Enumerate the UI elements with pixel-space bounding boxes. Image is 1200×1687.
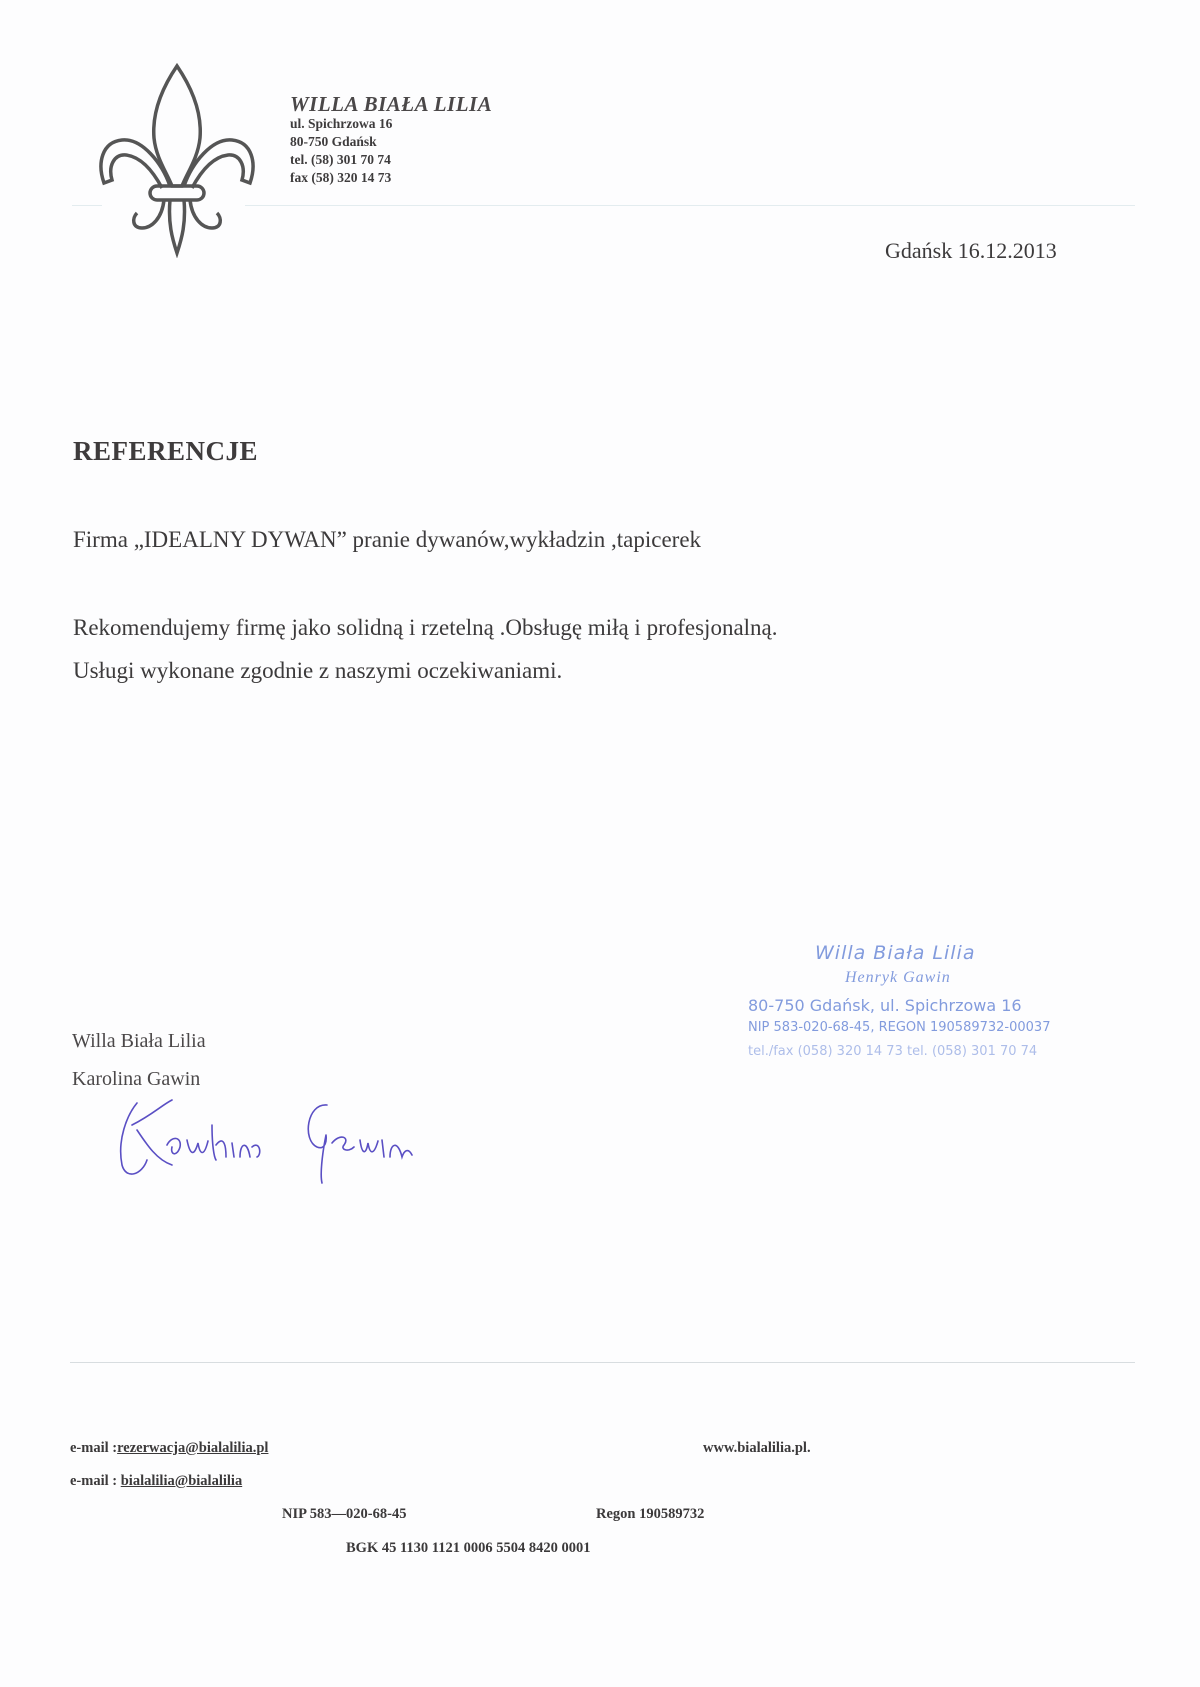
address-tel: tel. (58) 301 70 74 bbox=[290, 152, 391, 168]
email-2-link[interactable]: bialalilia@bialalilia bbox=[121, 1473, 242, 1489]
email-1-link[interactable]: rezerwacja@bialalilia.pl bbox=[117, 1440, 268, 1456]
header-divider bbox=[245, 205, 1135, 206]
document-title: REFERENCJE bbox=[73, 436, 258, 467]
fleur-de-lis-icon bbox=[92, 58, 262, 258]
footer-divider bbox=[70, 1362, 1135, 1363]
stamp-title: Willa Biała Lilia bbox=[815, 942, 975, 964]
body-line-2: Usługi wykonane zgodnie z naszymi oczeki… bbox=[73, 658, 562, 684]
stamp-tel: tel./fax (058) 320 14 73 tel. (058) 301 … bbox=[748, 1044, 1037, 1059]
email-2-label: e-mail : bbox=[70, 1473, 121, 1489]
footer-regon: Regon 190589732 bbox=[596, 1506, 704, 1523]
address-street: ul. Spichrzowa 16 bbox=[290, 116, 392, 132]
email-1-label: e-mail : bbox=[70, 1440, 117, 1456]
footer-bank-account: BGK 45 1130 1121 0006 5504 8420 0001 bbox=[346, 1540, 591, 1557]
address-city: 80-750 Gdańsk bbox=[290, 134, 377, 150]
company-name: WILLA BIAŁA LILIA bbox=[290, 92, 492, 117]
stamp-address: 80-750 Gdańsk, ul. Spichrzowa 16 bbox=[748, 996, 1022, 1015]
subject-line: Firma „IDEALNY DYWAN” pranie dywanów,wyk… bbox=[73, 527, 701, 553]
header-divider-left bbox=[72, 205, 102, 206]
handwritten-signature bbox=[112, 1085, 452, 1185]
footer-email-2: e-mail : bialalilia@bialalilia bbox=[70, 1473, 242, 1490]
stamp-nip: NIP 583-020-68-45, REGON 190589732-00037 bbox=[748, 1020, 1050, 1035]
footer-website[interactable]: www.bialalilia.pl. bbox=[703, 1440, 811, 1457]
address-fax: fax (58) 320 14 73 bbox=[290, 170, 391, 186]
body-line-1: Rekomendujemy firmę jako solidną i rzete… bbox=[73, 615, 778, 641]
footer-email-1: e-mail :rezerwacja@bialalilia.pl bbox=[70, 1440, 268, 1457]
stamp-name: Henryk Gawin bbox=[845, 969, 951, 987]
signature-company: Willa Biała Lilia bbox=[72, 1030, 206, 1053]
footer-nip: NIP 583—020-68-45 bbox=[282, 1506, 406, 1523]
letter-date: Gdańsk 16.12.2013 bbox=[885, 238, 1057, 264]
